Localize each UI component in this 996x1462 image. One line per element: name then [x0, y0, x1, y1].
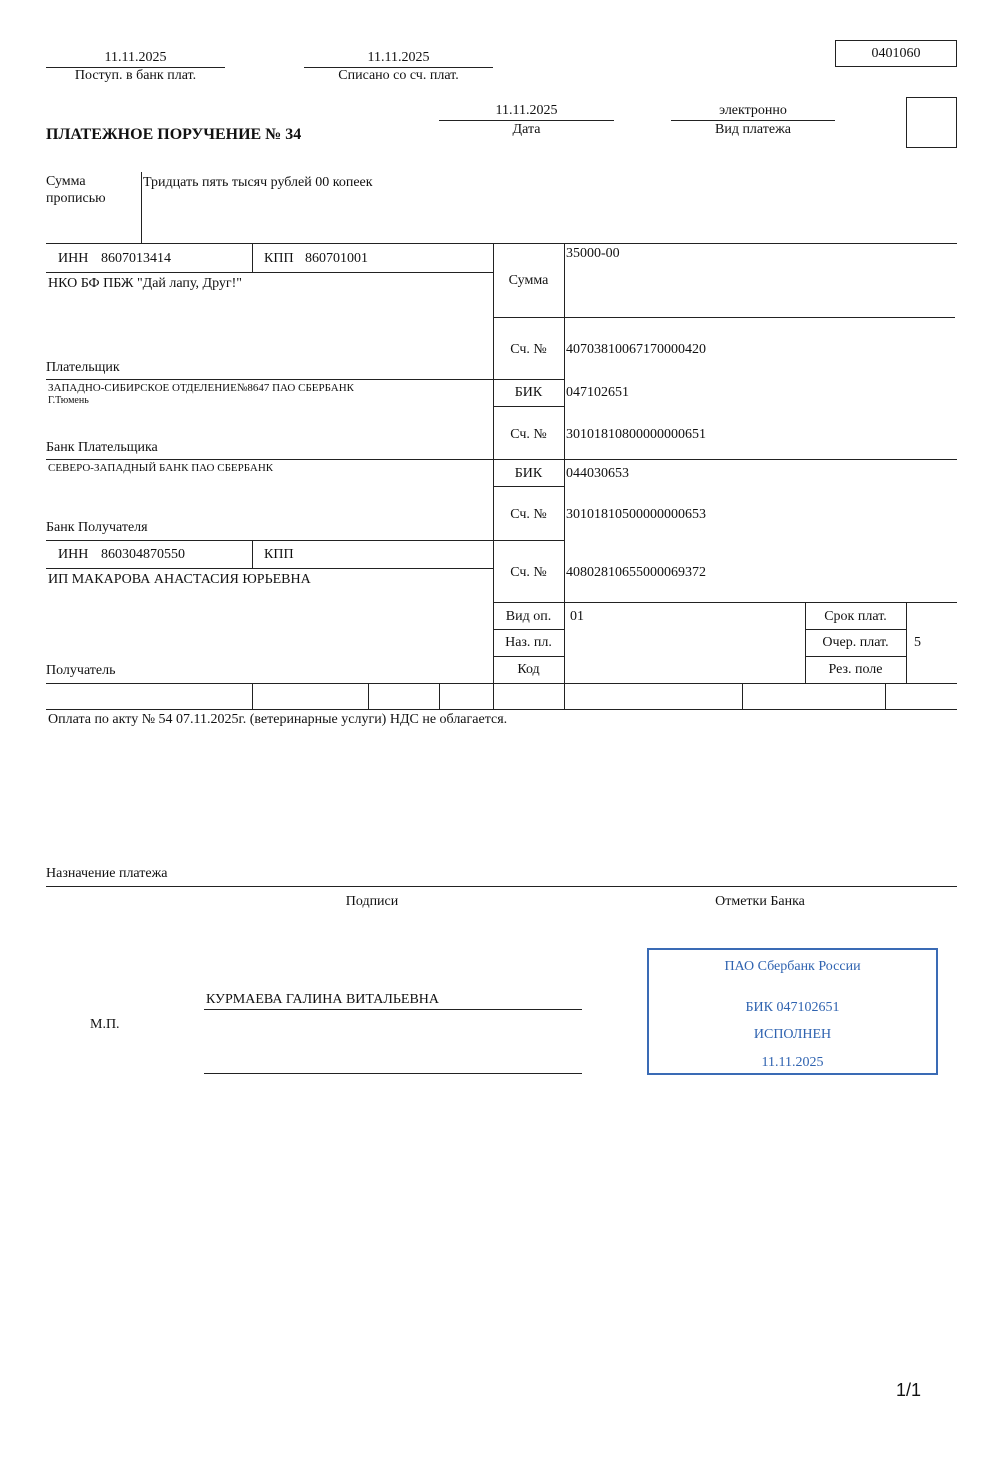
stamp-status: ИСПОЛНЕН [649, 1027, 936, 1043]
stamp-bik: БИК 047102651 [649, 1000, 936, 1016]
payee-kpp-label: КПП [264, 547, 294, 563]
signer-name: КУРМАЕВА ГАЛИНА ВИТАЛЬЕВНА [206, 992, 439, 1008]
divider [564, 243, 565, 709]
stamp-place-label: М.П. [90, 1017, 120, 1033]
payee-account: 40802810655000069372 [566, 565, 706, 581]
payee-bank-bik: 044030653 [566, 466, 629, 482]
payee-name: ИП МАКАРОВА АНАСТАСИЯ ЮРЬЕВНА [48, 572, 311, 588]
payer-bank-account-label: Сч. № [493, 427, 564, 443]
payee-bank-account-label: Сч. № [493, 507, 564, 523]
payer-bank-city: Г.Тюмень [48, 395, 89, 406]
amount-words-label: Сумма прописью [46, 173, 106, 207]
payment-type: электронно [671, 103, 835, 119]
payer-account-label: Сч. № [493, 342, 564, 358]
payer-bank-name: ЗАПАДНО-СИБИРСКОЕ ОТДЕЛЕНИЕ№8647 ПАО СБЕ… [48, 382, 354, 394]
payer-inn: 8607013414 [101, 251, 171, 267]
divider [742, 683, 743, 709]
debited-date: 11.11.2025 [304, 50, 493, 66]
purpose-code-label: Наз. пл. [493, 635, 564, 651]
payee-bank-label: Банк Получателя [46, 520, 148, 536]
payer-name: НКО БФ ПБЖ "Дай лапу, Друг!" [48, 276, 242, 292]
divider [493, 683, 494, 709]
divider [46, 886, 957, 887]
signature-line [204, 1073, 582, 1074]
divider [493, 629, 564, 630]
payment-type-label: Вид платежа [671, 122, 835, 138]
payee-bank-bik-label: БИК [493, 466, 564, 482]
divider [439, 120, 614, 121]
divider [439, 683, 440, 709]
code-label: Код [493, 662, 564, 678]
divider [46, 540, 564, 541]
divider [252, 540, 253, 568]
amount-words-value: Тридцать пять тысяч рублей 00 копеек [143, 175, 373, 191]
signature-line [204, 1009, 582, 1010]
amount-words-label-line1: Сумма [46, 173, 106, 190]
divider [564, 317, 955, 318]
divider [493, 602, 957, 603]
document-date: 11.11.2025 [439, 103, 614, 119]
divider [141, 172, 142, 243]
op-type-label: Вид оп. [493, 609, 564, 625]
divider [671, 120, 835, 121]
payer-bank-bik: 047102651 [566, 385, 629, 401]
reserve-label: Рез. поле [805, 662, 906, 678]
payer-label: Плательщик [46, 360, 120, 376]
divider [46, 459, 957, 460]
divider [368, 683, 369, 709]
received-label: Поступ. в банк плат. [46, 68, 225, 84]
op-type: 01 [570, 609, 584, 625]
payer-inn-label: ИНН [58, 251, 88, 267]
stamp-bank-name: ПАО Сбербанк России [649, 959, 936, 975]
purpose-label: Назначение платежа [46, 866, 168, 882]
divider [252, 683, 253, 709]
priority: 5 [914, 635, 921, 651]
document-date-label: Дата [439, 122, 614, 138]
page-title: ПЛАТЕЖНОЕ ПОРУЧЕНИЕ № 34 [46, 126, 301, 144]
divider [493, 406, 564, 407]
divider [46, 568, 493, 569]
divider [493, 317, 564, 318]
purpose-text: Оплата по акту № 54 07.11.2025г. (ветери… [48, 712, 507, 728]
payer-kpp: 860701001 [305, 251, 368, 267]
payer-bank-account: 30101810800000000651 [566, 427, 706, 443]
payee-account-label: Сч. № [493, 565, 564, 581]
divider [805, 629, 906, 630]
debited-label: Списано со сч. плат. [304, 68, 493, 84]
divider [252, 243, 253, 272]
payee-bank-name: СЕВЕРО-ЗАПАДНЫЙ БАНК ПАО СБЕРБАНК [48, 462, 273, 474]
divider [805, 656, 906, 657]
amount-label: Сумма [493, 273, 564, 289]
payee-bank-account: 30101810500000000653 [566, 507, 706, 523]
divider [46, 709, 957, 710]
received-date: 11.11.2025 [46, 50, 225, 66]
divider [46, 243, 957, 244]
divider [906, 602, 907, 683]
payee-label: Получатель [46, 663, 116, 679]
due-label: Срок плат. [805, 609, 906, 625]
payer-kpp-label: КПП [264, 251, 294, 267]
bank-stamp: ПАО Сбербанк России БИК 047102651 ИСПОЛН… [647, 948, 938, 1075]
signatures-label: Подписи [272, 894, 472, 910]
amount-value: 35000-00 [566, 246, 620, 262]
status-box [906, 97, 957, 148]
form-code: 0401060 [835, 40, 957, 67]
page-number: 1/1 [896, 1380, 921, 1401]
bank-marks-label: Отметки Банка [660, 894, 860, 910]
amount-words-label-line2: прописью [46, 190, 106, 207]
payer-bank-label: Банк Плательщика [46, 440, 158, 456]
payee-inn: 860304870550 [101, 547, 185, 563]
payer-bank-bik-label: БИК [493, 385, 564, 401]
payee-inn-label: ИНН [58, 547, 88, 563]
priority-label: Очер. плат. [805, 635, 906, 651]
divider [46, 379, 564, 380]
stamp-date: 11.11.2025 [649, 1055, 936, 1071]
divider [46, 272, 493, 273]
divider [493, 656, 564, 657]
payer-account: 40703810067170000420 [566, 342, 706, 358]
divider [46, 683, 957, 684]
divider [885, 683, 886, 709]
divider [493, 486, 564, 487]
